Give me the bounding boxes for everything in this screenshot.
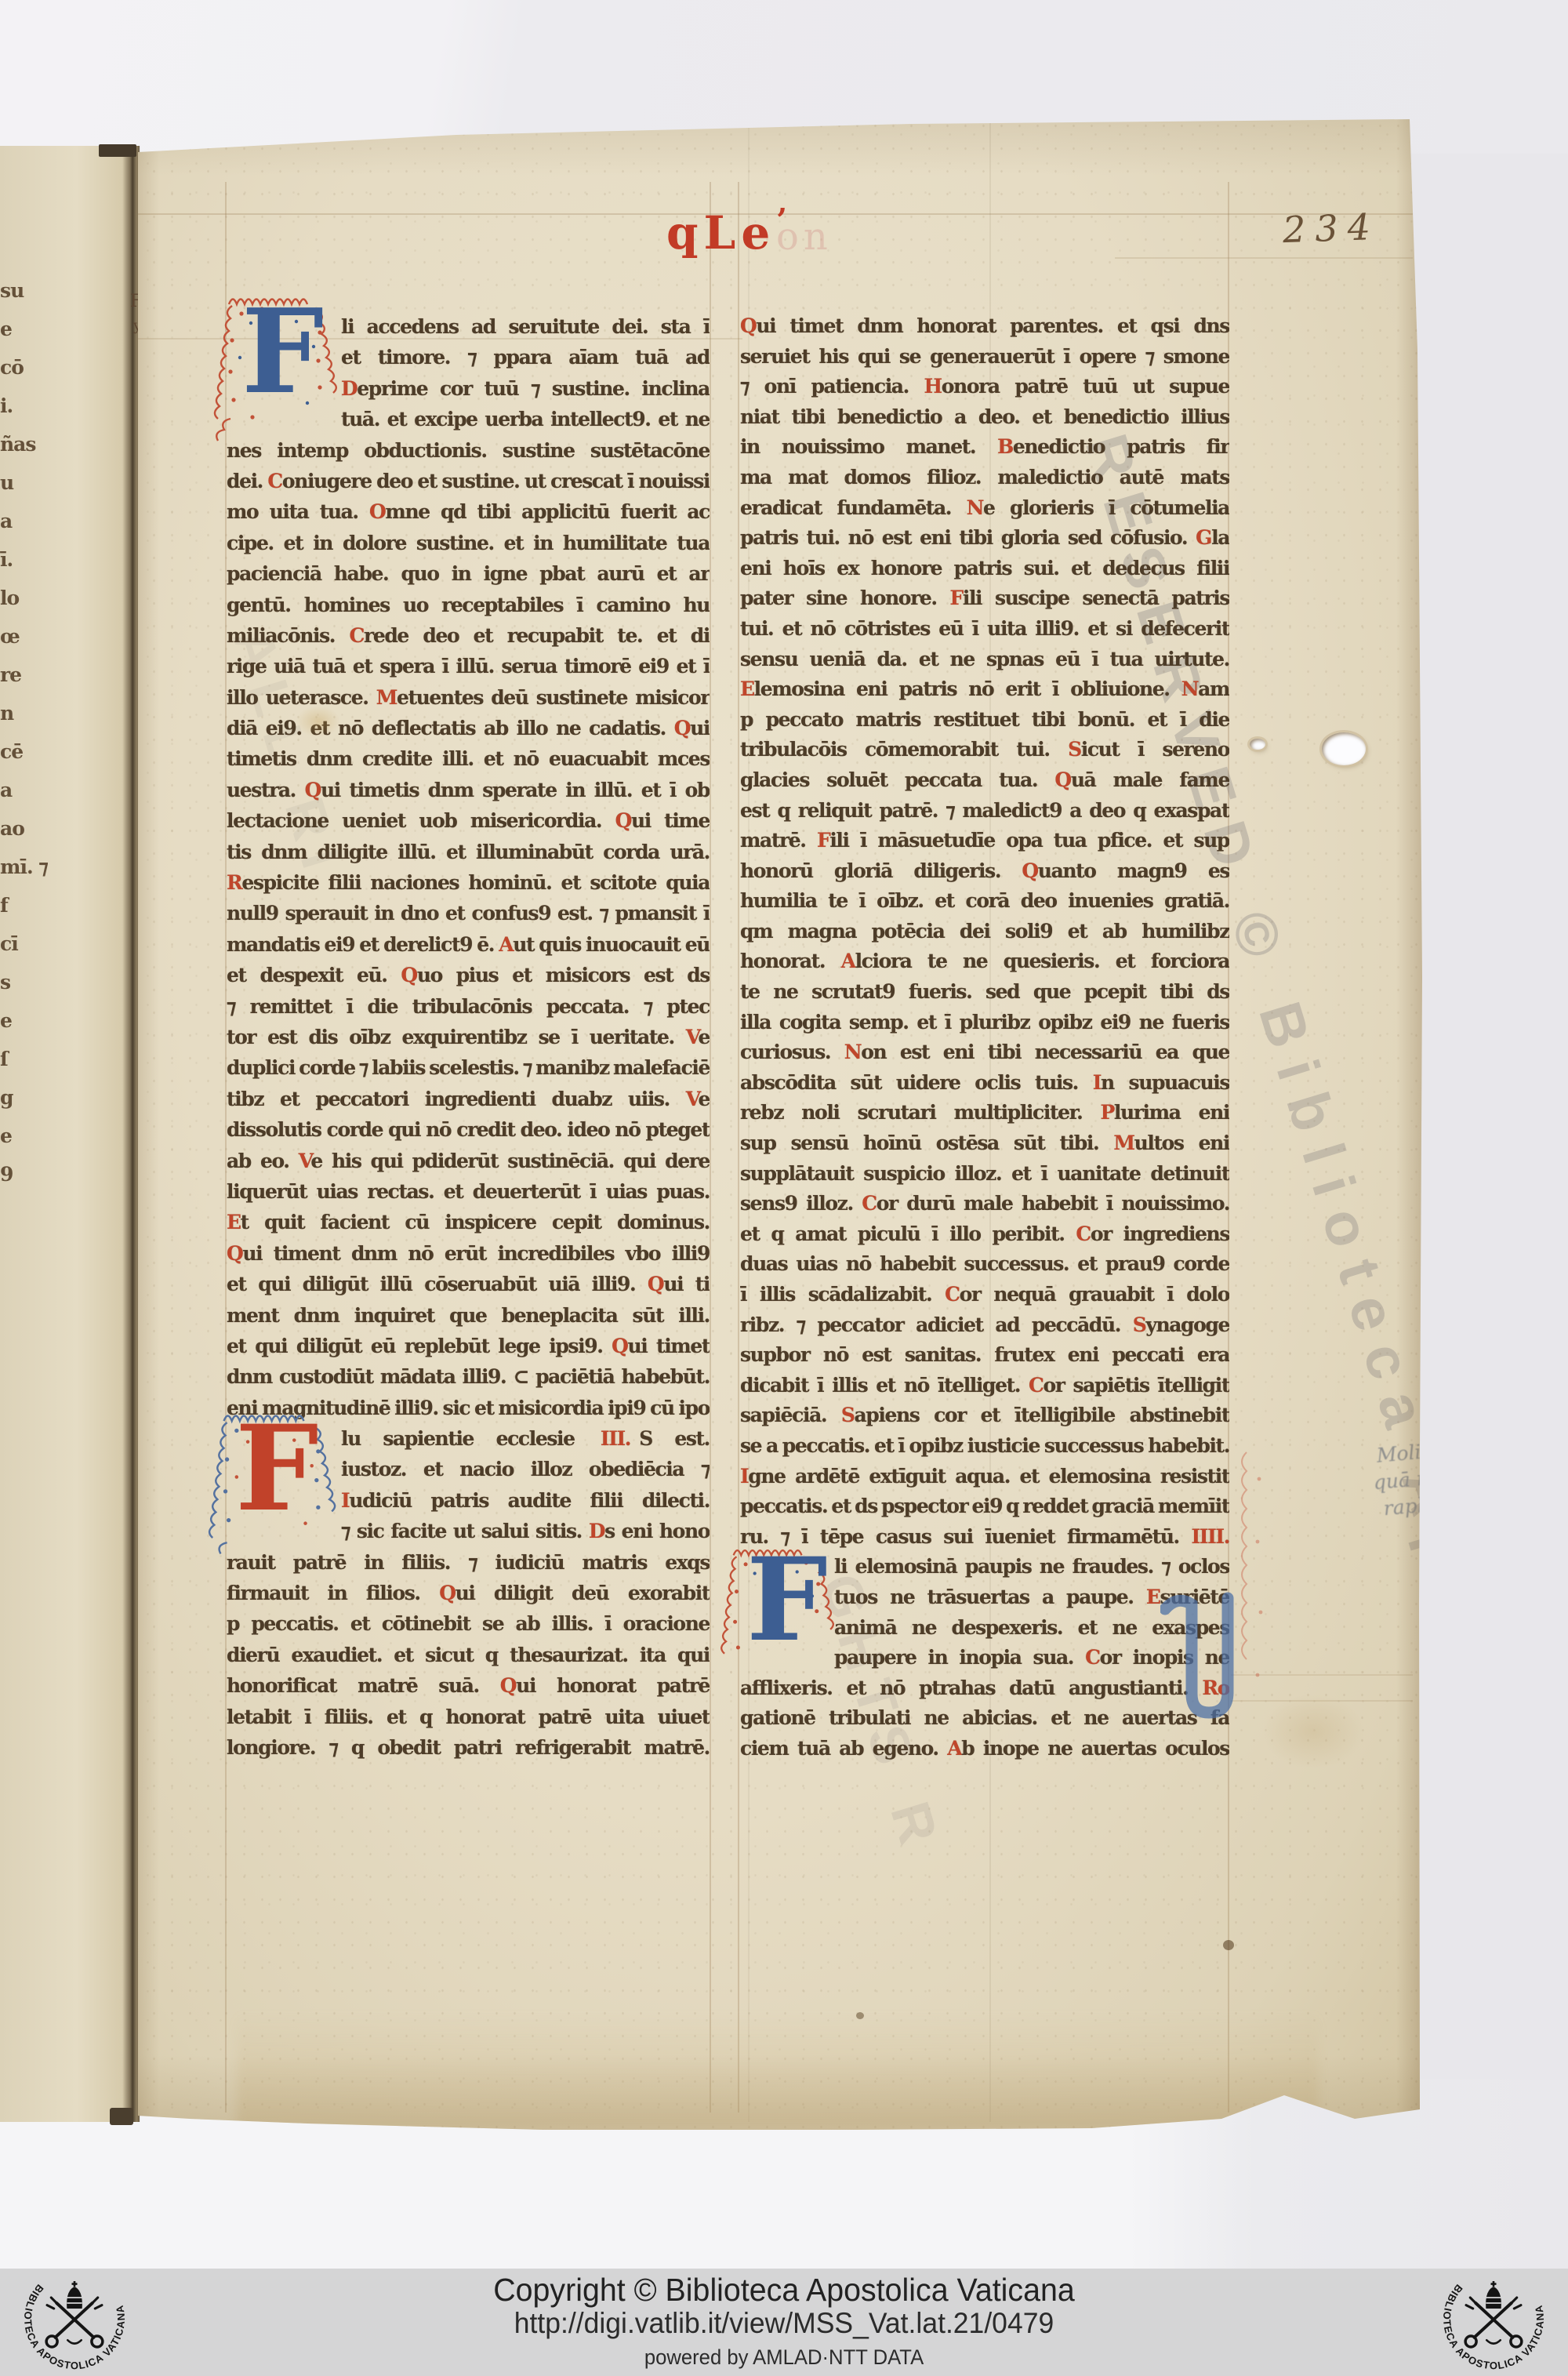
rubricated-text: Q <box>612 1335 627 1357</box>
text-line: ma mat domos filioz. maledictio autē mat… <box>740 463 1229 493</box>
rubricated-text: III. <box>601 1427 630 1450</box>
text-line: dicabit ī illis et nō ītelliget. Cor sap… <box>740 1371 1229 1401</box>
text-line: gentū. homines uo receptabiles ī camino … <box>227 590 710 620</box>
text-line: ⁊ onī patiencia. Honora patrē tuū ut sup… <box>740 372 1229 402</box>
rubricated-text: IIII. <box>1192 1525 1229 1548</box>
scanned-manuscript-image: su e cō i. ñas u a ī. lo œ re n cē a ao … <box>0 0 1568 2376</box>
rubricated-text: Q <box>615 809 631 832</box>
text-line: mandatis ei9 et derelict9 ē. Aut quis in… <box>227 929 710 960</box>
text-line: Elemosina eni patris nō erit ī obliuione… <box>740 674 1229 705</box>
rubricated-text: Q <box>305 779 321 801</box>
text-line: est q reliquit patrē. ⁊ maledict9 a deo … <box>740 796 1229 827</box>
initial-letter: F <box>241 293 324 409</box>
text-line: tis dnm diligite illū. et illuminabūt co… <box>227 837 710 867</box>
rubricated-text: Q <box>740 314 756 337</box>
text-line: niat tibi benedictio a deo. et benedicti… <box>740 402 1229 433</box>
rubricated-text: A <box>499 933 513 956</box>
text-line: te ne scrutat9 fueris. sed que pcepit ti… <box>740 977 1229 1008</box>
ruling-horizontal <box>1115 257 1413 259</box>
text-line: p peccatis. et cōtinebit se ab illis. ī … <box>227 1608 710 1639</box>
text-line: diā ei9. et nō deflectatis ab illo ne ca… <box>227 713 710 743</box>
text-line: sens9 illoz. Cor durū male habebit ī nou… <box>740 1189 1229 1219</box>
text-line: dei. Coniugere deo et sustine. ut cresca… <box>227 466 710 496</box>
folio-number: 234 <box>1282 205 1381 251</box>
papal-tiara-icon <box>1486 2281 1502 2309</box>
rubricated-text: I <box>740 1465 748 1488</box>
text-line: tui. et nō cōtristes eū ī uita illi9. et… <box>740 614 1229 645</box>
text-line: eradicat fundamēta. Ne glorieris ī cōtum… <box>740 493 1229 524</box>
text-line: letabit ī filiis. et q honorat patrē uit… <box>227 1702 710 1732</box>
text-line: uestra. Qui timetis dnm sperate in illū.… <box>227 775 710 805</box>
text-line: rige uiā tuā et spera ī illū. serua timo… <box>227 651 710 681</box>
blue-margin-offset-mark <box>1160 1592 1239 1733</box>
rubricated-text: A <box>947 1737 961 1760</box>
rubricated-text: A <box>841 950 855 972</box>
text-line: duas uias nō habebit successus. et prau9… <box>740 1249 1229 1280</box>
rubricated-text: M <box>376 686 397 709</box>
text-line: tibz et peccatori ingredienti duabz uiis… <box>227 1084 710 1114</box>
rubricated-text: F <box>949 587 962 609</box>
text-line: et qui diligūt illū cōseruabūt uiā illi9… <box>227 1269 710 1299</box>
rubricated-text: S <box>841 1404 855 1426</box>
footer-powered-by: powered by AMLAD·NTT DATA <box>39 2345 1529 2370</box>
ink-offset-ghost: on <box>776 215 833 259</box>
text-line: curiosus. Non est eni tibi necessariū ea… <box>740 1037 1229 1068</box>
text-line: gationē tribulati ne abicias. et ne auer… <box>740 1703 1229 1734</box>
rubricated-text: C <box>862 1192 877 1215</box>
text-line: lectacione ueniet uob misericordia. Qui … <box>227 805 710 836</box>
initial-letter: F <box>235 1410 319 1528</box>
text-line: honorificat matrē suā. Qui honorat patrē <box>227 1670 710 1701</box>
text-line: liquerūt uias rectas. et deuerterūt ī ui… <box>227 1176 710 1207</box>
rubricated-text: B <box>997 435 1013 458</box>
rubricated-text: S <box>1068 738 1081 761</box>
text-line: null9 sperauit in dno et confus9 est. ⁊ … <box>227 898 710 928</box>
rubricated-text: Q <box>1054 768 1070 791</box>
rubricated-text: Q <box>674 717 690 739</box>
rubricated-text: Q <box>401 964 416 986</box>
text-line: ribz. ⁊ peccator adiciet ad peccādū. Syn… <box>740 1310 1229 1341</box>
text-line: pater sine honore. Fili suscipe senectā … <box>740 583 1229 614</box>
text-line: ab eo. Ve his qui pdiderūt sustinēciā. q… <box>227 1146 710 1176</box>
footer-url: http://digi.vatlib.it/view/MSS_Vat.lat.2… <box>31 2307 1537 2340</box>
text-line: glacies soluēt peccata tua. Quā male fam… <box>740 765 1229 796</box>
rubricated-text: G <box>1196 526 1211 549</box>
text-line: Respicite filii naciones hominū. et scit… <box>227 867 710 898</box>
rubricated-text: N <box>844 1041 861 1063</box>
vatican-library-logo-right: BIBLIOTECA APOSTOLICA VATICANA <box>1439 2265 1548 2374</box>
text-line: timetis dnm credite illi. et nō euacuabi… <box>227 743 710 774</box>
text-line: ī illis scādalizabit. Cor nequā grauabit… <box>740 1280 1229 1310</box>
marginal-annotation: Moli cū marit⁊ quā mult ab lik raphes i … <box>1261 1430 1529 1559</box>
rubricated-text: Q <box>648 1273 663 1295</box>
rubricated-text: D <box>589 1520 604 1542</box>
running-header-text: qLe <box>666 206 775 260</box>
rubricated-text: P <box>1101 1101 1114 1124</box>
rubricated-text: R <box>227 871 241 894</box>
footer-copyright: Copyright © Biblioteca Apostolica Vatica… <box>31 2272 1537 2309</box>
text-line: dnm custodiūt mādata illi9. ⊂ paciētiā h… <box>227 1361 710 1392</box>
text-line: sup sensū hoīnū ostēsa sūt tibi. Multos … <box>740 1128 1229 1159</box>
text-line: honorat. Alciora te ne quesieris. et for… <box>740 946 1229 977</box>
illuminated-initial-F-chapter2: F <box>221 300 318 425</box>
initial-letter: F <box>746 1543 828 1658</box>
text-line: peccatis. et ds pspector ei9 q reddet gr… <box>740 1491 1229 1522</box>
text-line: honorū gloriā diligeris. Quanto magn9 es <box>740 856 1229 887</box>
rubricated-text: Q <box>1022 859 1037 882</box>
text-line: p peccato matris restituet tibi bonū. et… <box>740 705 1229 736</box>
parchment-stain <box>1262 1694 1364 1769</box>
papal-tiara-icon <box>67 2281 83 2309</box>
rubricated-text: C <box>350 624 365 647</box>
rubricated-text: N <box>967 496 983 519</box>
footer-bar: Copyright © Biblioteca Apostolica Vatica… <box>0 2269 1568 2376</box>
rubricated-text: V <box>686 1088 699 1110</box>
rubricated-text: N <box>1181 678 1198 700</box>
text-line: cipe. et in dolore sustine. et in humili… <box>227 528 710 558</box>
rubricated-text: C <box>1076 1223 1091 1245</box>
text-line: supplātauit suspicio illoz. et ī uanitat… <box>740 1159 1229 1190</box>
parchment-hole-small <box>1250 739 1265 750</box>
running-header: qLeʼ <box>666 202 786 260</box>
text-line: pacienciā habe. quo in igne pbat aurū et… <box>227 558 710 589</box>
text-line: eni hoīs ex honore patris sui. et dedecu… <box>740 554 1229 584</box>
rubricated-text: Q <box>500 1674 516 1697</box>
facing-page-sliver: su e cō i. ñas u a ī. lo œ re n cē a ao … <box>0 146 140 2122</box>
text-line: tor est dis oībz exquirentibz se ī uerit… <box>227 1022 710 1052</box>
gutter-shadow-notch-bottom <box>110 2108 133 2125</box>
text-line: ciem tuā ab egeno. Ab inope ne auertas o… <box>740 1734 1229 1764</box>
ruling-vertical <box>710 182 711 2113</box>
text-line: Qui timet dnm honorat parentes. et qsi d… <box>740 311 1229 342</box>
ruling-vertical <box>738 182 739 2113</box>
text-line: illa cogita semp. et ī pluribz opibz ei9… <box>740 1008 1229 1038</box>
text-line: seruiet his qui se generauerūt ī opere ⁊… <box>740 342 1229 372</box>
rubricated-text: C <box>945 1283 960 1306</box>
text-line: dissolutis corde qui nō credit deo. ideo… <box>227 1114 710 1145</box>
illuminated-initial-F-chapter4: F <box>726 1549 820 1673</box>
text-line: firmauit in filios. Qui diligit deū exor… <box>227 1578 710 1608</box>
rubricated-text: V <box>686 1026 699 1048</box>
text-line: se a peccatis. et ī opibz iusticie succe… <box>740 1431 1229 1462</box>
facing-page-text-fragments: su e cō i. ñas u a ī. lo œ re n cē a ao … <box>0 271 93 1193</box>
parchment-stain-bottom-wash <box>237 2012 1319 2130</box>
vatican-library-logo-left: BIBLIOTECA APOSTOLICA VATICANA <box>20 2265 129 2374</box>
text-line: qm magna potēcia dei soli9 et ab humilib… <box>740 917 1229 947</box>
text-line: illo ueterasce. Metuentes deū sustinete … <box>227 682 710 713</box>
text-line: sapiēciā. Sapiens cor et ītelligibile ab… <box>740 1401 1229 1431</box>
text-line: Et quit facient cū inspicere cepit domin… <box>227 1207 710 1237</box>
text-line: mo uita tua. Omne qd tibi applicitū fuer… <box>227 496 710 527</box>
text-line: et q amat piculū ī illo peribit. Cor ing… <box>740 1219 1229 1250</box>
illuminated-initial-F-chapter3: F <box>215 1416 318 1545</box>
rubricated-text: C <box>1085 1646 1100 1669</box>
rubricated-text: V <box>299 1150 311 1172</box>
text-line: ment dnm inquiret que beneplacita sūt il… <box>227 1300 710 1331</box>
rubricated-text: Q <box>227 1242 242 1265</box>
rubricated-text: Q <box>439 1582 455 1604</box>
text-line: supbor nō est sanitas. frutex eni peccat… <box>740 1340 1229 1371</box>
rubricated-text: F <box>817 829 829 852</box>
text-line: sensu ueniā da. et ne spnas eū ī tua uir… <box>740 645 1229 675</box>
rubricated-text: M <box>1113 1132 1134 1154</box>
gutter-shadow-notch-top <box>99 144 136 157</box>
text-line: Igne ardētē extīguit aqua. et elemosina … <box>740 1462 1229 1492</box>
text-line: Qui timent dnm nō erūt incredibiles vbo … <box>227 1238 710 1269</box>
rubricated-text: C <box>1029 1374 1044 1397</box>
rubricated-text: C <box>267 470 282 492</box>
rubricated-text: I <box>1093 1071 1101 1094</box>
text-line: ⁊ remittet ī die tribulacōnis peccata. ⁊… <box>227 991 710 1022</box>
text-line: matrē. Fili ī māsuetudīe opa tua pfice. … <box>740 826 1229 856</box>
text-line: dierū exaudiet. et sicut q thesaurizat. … <box>227 1640 710 1670</box>
rubricated-text: E <box>740 678 754 700</box>
text-line: patris tui. nō est eni tibi gloria sed c… <box>740 523 1229 554</box>
text-line: miliacōnis. Crede deo et recupabit te. e… <box>227 620 710 651</box>
text-line: in nouissimo manet. Benedictio patris fi… <box>740 432 1229 463</box>
rubricated-text: S <box>1133 1313 1146 1336</box>
text-line: et qui diligūt eū replebūt lege ipsi9. Q… <box>227 1331 710 1361</box>
text-line: humilia te ī oībz. et corā deo inuenies … <box>740 886 1229 917</box>
text-line: et despexit eū. Quo pius et misicors est… <box>227 960 710 990</box>
text-line: tribulacōis cōmemorabit tui. Sicut ī ser… <box>740 735 1229 765</box>
rubricated-text: H <box>924 375 942 398</box>
parchment-hole <box>1322 732 1366 765</box>
text-line: rebz noli scrutari multipliciter. Plurim… <box>740 1098 1229 1128</box>
manuscript-page: qLeʼ on 234 RESERVED © Biblioteca Apo GH… <box>127 114 1422 2136</box>
text-line: duplici corde ⁊ labiis scelestis. ⁊ mani… <box>227 1052 710 1083</box>
text-line: longiore. ⁊ q obedit patri refrigerabit … <box>227 1732 710 1763</box>
rubricated-text: E <box>227 1211 241 1233</box>
rubricated-text: E <box>1146 1586 1160 1608</box>
rubricated-text: O <box>369 500 385 523</box>
text-line: abscōdita sūt uidere oclis tuis. In supu… <box>740 1068 1229 1099</box>
red-filigree-margin-trace <box>1231 1448 1273 1706</box>
